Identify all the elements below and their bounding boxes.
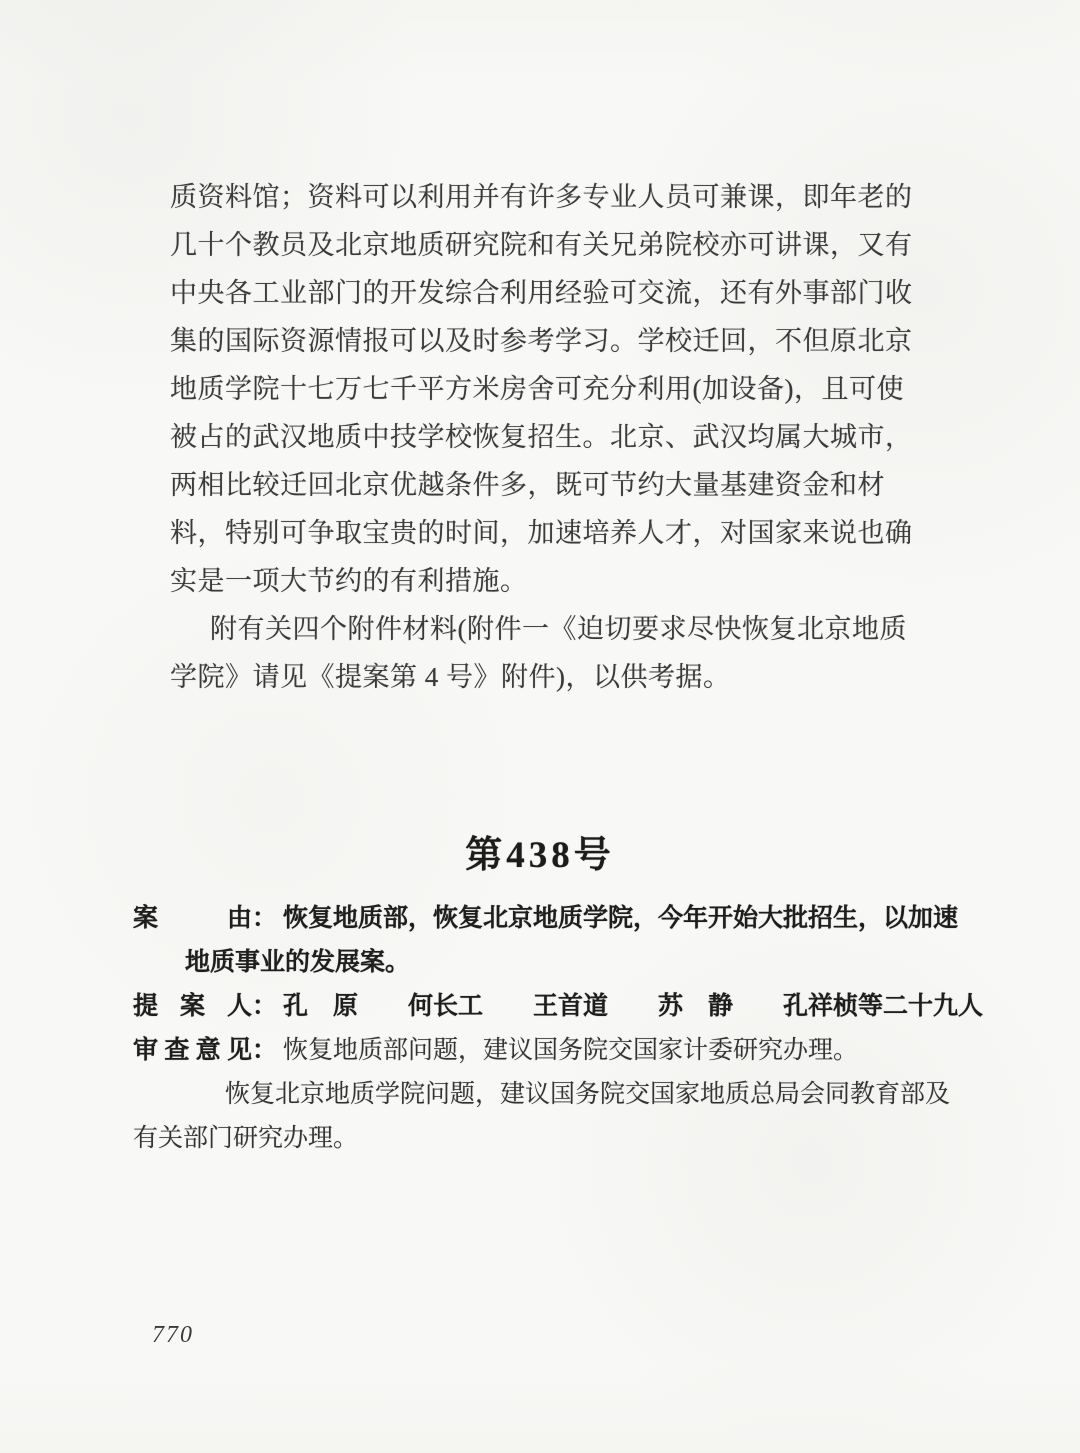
case-subject-text: 恢复地质部，恢复北京地质学院，今年开始大批招生，以加速 — [283, 897, 958, 941]
label-char: 由： — [227, 897, 277, 941]
body-text-line: 料，特别可争取宝贵的时间，加速培养人才，对国家来说也确 — [170, 509, 918, 557]
page-number: 770 — [152, 1322, 194, 1349]
label-char: 审 — [133, 1029, 158, 1073]
proposers-label: 提 案 人： — [133, 985, 277, 1029]
label-char: 人： — [227, 985, 277, 1029]
label-char: 提 — [133, 985, 158, 1029]
review-opinion-continuation: 有关部门研究办理。 — [133, 1117, 973, 1161]
proposal-meta-block: 案 由： 恢复地质部，恢复北京地质学院，今年开始大批招生，以加速 地质事业的发展… — [133, 897, 973, 1161]
body-text-line: 几十个教员及北京地质研究院和有关兄弟院校亦可讲课，又有 — [170, 221, 918, 269]
proposers-row: 提 案 人： 孔 原 何长工 王首道 苏 静 孔祥桢等二十九人 — [133, 985, 973, 1029]
body-text-line: 中央各工业部门的开发综合利用经验可交流，还有外事部门收 — [170, 269, 918, 317]
label-char: 见： — [227, 1029, 277, 1073]
scanned-document-page: 质资料馆；资料可以利用并有许多专业人员可兼课，即年老的 几十个教员及北京地质研究… — [0, 0, 1080, 1453]
review-opinion-continuation: 恢复北京地质学院问题，建议国务院交国家地质总局会同教育部及 — [133, 1073, 973, 1117]
body-text-line-indented: 附有关四个附件材料(附件一《迫切要求尽快恢复北京地质 — [170, 605, 918, 653]
body-text-line: 实是一项大节约的有利措施。 — [170, 557, 918, 605]
body-text-line: 学院》请见《提案第 4 号》附件)，以供考据。 — [170, 653, 918, 701]
proposal-number-heading: 第438号 — [0, 824, 1080, 878]
case-subject-label: 案 由： — [133, 897, 277, 941]
body-text-line: 集的国际资源情报可以及时参考学习。学校迁回，不但原北京 — [170, 317, 918, 365]
label-char: 查 — [164, 1029, 189, 1073]
case-subject-row: 案 由： 恢复地质部，恢复北京地质学院，今年开始大批招生，以加速 — [133, 897, 973, 941]
review-opinion-label: 审 查 意 见： — [133, 1029, 277, 1073]
review-opinion-row: 审 查 意 见： 恢复地质部问题，建议国务院交国家计委研究办理。 — [133, 1029, 973, 1073]
body-paragraph: 质资料馆；资料可以利用并有许多专业人员可兼课，即年老的 几十个教员及北京地质研究… — [170, 173, 918, 701]
case-subject-continuation: 地质事业的发展案。 — [133, 941, 973, 985]
body-text-line: 地质学院十七万七千平方米房舍可充分利用(加设备)，且可使 — [170, 365, 918, 413]
label-char: 案 — [133, 897, 158, 941]
body-text-line: 两相比较迁回北京优越条件多，既可节约大量基建资金和材 — [170, 461, 918, 509]
label-char: 意 — [196, 1029, 221, 1073]
body-text-line: 被占的武汉地质中技学校恢复招生。北京、武汉均属大城市， — [170, 413, 918, 461]
body-text-line: 质资料馆；资料可以利用并有许多专业人员可兼课，即年老的 — [170, 173, 918, 221]
label-char: 案 — [180, 985, 205, 1029]
proposers-names: 孔 原 何长工 王首道 苏 静 孔祥桢等二十九人 — [283, 985, 983, 1029]
review-opinion-text: 恢复地质部问题，建议国务院交国家计委研究办理。 — [283, 1029, 858, 1073]
